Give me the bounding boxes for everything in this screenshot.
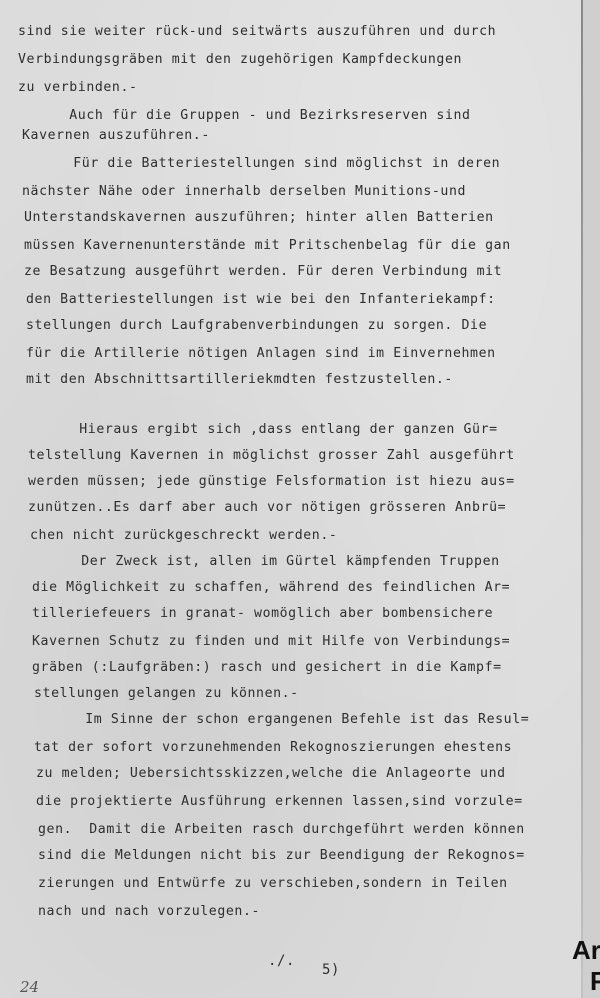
text-line: werden müssen; jede günstige Felsformati… bbox=[28, 474, 515, 490]
text-line: Der Zweck ist, allen im Gürtel kämpfende… bbox=[30, 554, 500, 570]
text-line: Hieraus ergibt sich ,dass entlang der ga… bbox=[28, 422, 498, 438]
text-line: zu verbinden.- bbox=[18, 80, 138, 96]
text-line: Für die Batteriestellungen sind möglichs… bbox=[22, 156, 500, 172]
text-line: sind die Meldungen nicht bis zur Beendig… bbox=[38, 848, 525, 864]
continuation-mark: ./. bbox=[268, 953, 295, 969]
document-page: sind sie weiter rück-und seitwärts auszu… bbox=[0, 0, 600, 998]
text-line: Unterstandskavernen auszuführen; hinter … bbox=[24, 210, 494, 226]
text-line: ze Besatzung ausgeführt werden. Für dere… bbox=[24, 264, 502, 280]
text-line: Im Sinne der schon ergangenen Befehle is… bbox=[34, 712, 529, 728]
text-line: tilleriefeuers in granat- womöglich aber… bbox=[32, 606, 493, 622]
archive-stamp-line-2: F bbox=[590, 966, 600, 997]
text-line: telstellung Kavernen in möglichst grosse… bbox=[28, 448, 515, 464]
text-line: müssen Kavernenunterstände mit Pritschen… bbox=[24, 238, 511, 254]
text-line: für die Artillerie nötigen Anlagen sind … bbox=[26, 346, 496, 362]
text-line: zierungen und Entwürfe zu verschieben,so… bbox=[38, 876, 508, 892]
text-line: stellungen gelangen zu können.- bbox=[34, 686, 299, 702]
text-line: die projektierte Ausführung erkennen las… bbox=[36, 794, 523, 810]
page-edge-shadow bbox=[583, 0, 600, 998]
text-line: nächster Nähe oder innerhalb derselben M… bbox=[22, 184, 466, 200]
text-line: stellungen durch Laufgrabenverbindungen … bbox=[26, 318, 487, 334]
text-line: die Möglichkeit zu schaffen, während des… bbox=[32, 580, 510, 596]
text-line: chen nicht zurückgeschreckt werden.- bbox=[30, 528, 337, 544]
text-line: Auch für die Gruppen - und Bezirksreserv… bbox=[18, 108, 471, 124]
text-line: Verbindungsgräben mit den zugehörigen Ka… bbox=[18, 52, 462, 68]
text-line: nach und nach vorzulegen.- bbox=[38, 904, 260, 920]
text-line: tat der sofort vorzunehmenden Rekognoszi… bbox=[34, 740, 512, 756]
text-line: gräben (:Laufgräben:) rasch und gesicher… bbox=[32, 660, 502, 676]
text-line: zunützen..Es darf aber auch vor nötigen … bbox=[28, 500, 506, 516]
page-fold-line bbox=[581, 0, 583, 998]
archive-stamp-line-1: Ar bbox=[572, 935, 600, 966]
text-line: zu melden; Uebersichtsskizzen,welche die… bbox=[36, 766, 506, 782]
text-line: mit den Abschnittsartilleriekmdten festz… bbox=[26, 372, 453, 388]
text-line: den Batteriestellungen ist wie bei den I… bbox=[26, 292, 496, 308]
text-line: sind sie weiter rück-und seitwärts auszu… bbox=[18, 24, 496, 40]
text-line: Kavernen Schutz zu finden und mit Hilfe … bbox=[32, 634, 510, 650]
handwritten-folio-number: 24 bbox=[20, 978, 39, 996]
text-line: Kavernen auszuführen.- bbox=[22, 128, 210, 144]
text-line: gen. Damit die Arbeiten rasch durchgefüh… bbox=[38, 822, 525, 838]
page-number: 5) bbox=[322, 962, 340, 978]
